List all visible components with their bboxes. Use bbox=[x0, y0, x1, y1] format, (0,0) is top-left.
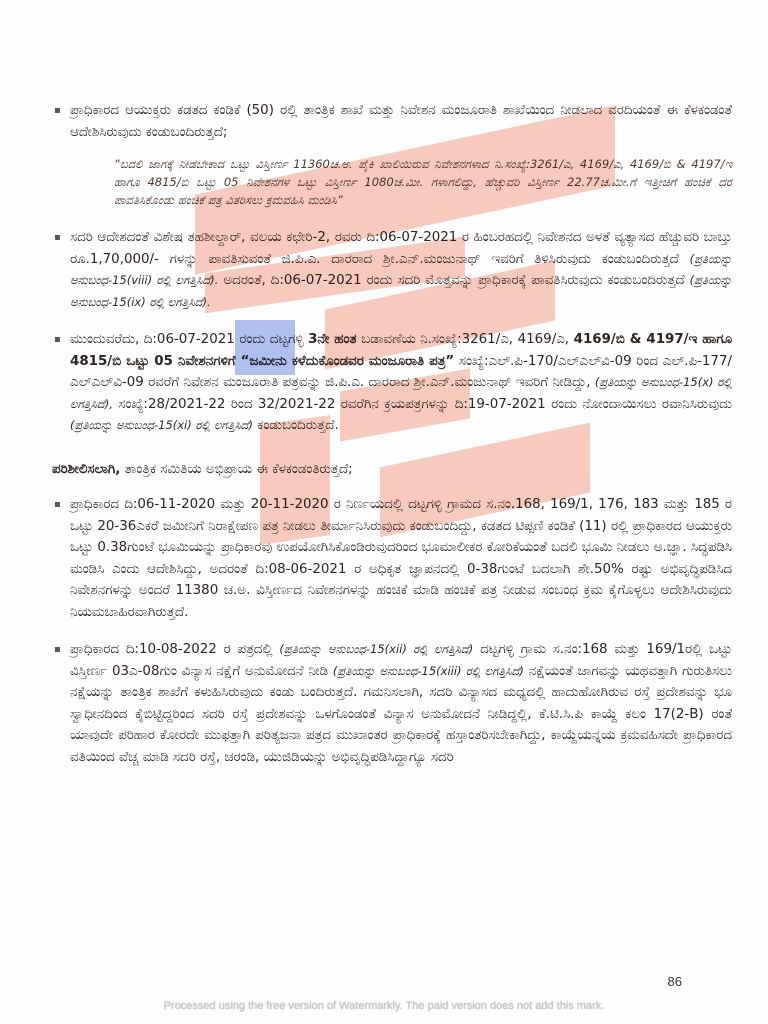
paragraph-text: ಕಂಡುಬಂದಿರುತ್ತದೆ. bbox=[253, 418, 339, 433]
paragraph-text: ಪ್ರಾಧಿಕಾರದ ದಿ:10-08-2022 ರ ಪತ್ರದಲ್ಲಿ bbox=[70, 642, 279, 657]
paragraph-text: ಅದರಂತೆ, ದಿ:06-07-2021 ರಂದು ಸದರಿ ಮೊತ್ತವನ್… bbox=[223, 273, 689, 288]
paragraph-authority-resolution: ಪ್ರಾಧಿಕಾರದ ದಿ:06-11-2020 ಮತ್ತು 20-11-202… bbox=[52, 494, 732, 623]
paragraph-text: ಪ್ರಾಧಿಕಾರದ ದಿ:06-11-2020 ಮತ್ತು 20-11-202… bbox=[70, 497, 732, 620]
document-body: ಪ್ರಾಧಿಕಾರದ ಆಯುಕ್ತರು ಕಡತದ ಕಂಡಿಕೆ (50) ರಲ್… bbox=[52, 100, 732, 784]
paragraph-tahsildar-order: ಸದರಿ ಆದೇಶದಂತೆ ವಿಶೇಷ ತಹಶೀಲ್ದಾರ್, ವಲಯ ಕಛೇರ… bbox=[52, 227, 732, 313]
bold-text: 3ನೇ ಹಂತ bbox=[308, 332, 356, 347]
paragraph-text: ಮುಂದುವರೆದು, ದಿ:06-07-2021 ರಂದು ದಟ್ಟಗಳ್ಳಿ bbox=[70, 332, 308, 347]
paragraph-text: ಪ್ರಾಧಿಕಾರದ ಆಯುಕ್ತರು ಕಡತದ ಕಂಡಿಕೆ (50) ರಲ್… bbox=[70, 103, 732, 140]
paragraph-allotment-letters: ಮುಂದುವರೆದು, ದಿ:06-07-2021 ರಂದು ದಟ್ಟಗಳ್ಳಿ… bbox=[52, 329, 732, 437]
heading-bold: ಪರಿಶೀಲಿಸಲಾಗಿ, bbox=[52, 462, 120, 477]
heading-text: ತಾಂತ್ರಿಕ ಸಮಿತಿಯ ಅಭಿಪ್ರಾಯ ಈ ಕೆಳಕಂಡಂತಿರುತ್… bbox=[120, 462, 352, 477]
quote-text: “ಬದಲಿ ಜಾಗಕ್ಕೆ ನೀಡಬೇಕಾದ ಒಟ್ಟು ವಿಸ್ತೀರ್ಣ 1… bbox=[114, 157, 732, 207]
paragraph-text: ಬಡಾವಣೆಯ ನಿ.ಸಂಖ್ಯೆ:3261/ಎ, 4169/ಎ, bbox=[357, 332, 574, 347]
annexure-reference: (ಪ್ರತಿಯನ್ನು ಅನುಬಂಧ-15(xii) ರಲ್ಲಿ ಲಗತ್ತಿಸ… bbox=[279, 642, 473, 656]
paragraph-layout-approval: ಪ್ರಾಧಿಕಾರದ ದಿ:10-08-2022 ರ ಪತ್ರದಲ್ಲಿ (ಪ್… bbox=[52, 639, 732, 768]
annexure-reference: (ಪ್ರತಿಯನ್ನು ಅನುಬಂಧ-15(xi) ರಲ್ಲಿ ಲಗತ್ತಿಸಿ… bbox=[70, 418, 253, 432]
paragraph-commissioner-order: ಪ್ರಾಧಿಕಾರದ ಆಯುಕ್ತರು ಕಡತದ ಕಂಡಿಕೆ (50) ರಲ್… bbox=[52, 100, 732, 143]
paragraph-text: ಸಂಖ್ಯೆ:28/2021-22 ರಿಂದ 32/2021-22 ರವರೆಗಿ… bbox=[113, 397, 732, 412]
paragraph-text: ಸದರಿ ಆದೇಶದಂತೆ ವಿಶೇಷ ತಹಶೀಲ್ದಾರ್, ವಲಯ ಕಛೇರ… bbox=[70, 230, 732, 267]
quoted-order: “ಬದಲಿ ಜಾಗಕ್ಕೆ ನೀಡಬೇಕಾದ ಒಟ್ಟು ವಿಸ್ತೀರ್ಣ 1… bbox=[114, 155, 732, 209]
watermark-notice: Processed using the free version of Wate… bbox=[0, 1000, 768, 1012]
annexure-reference: (ಪ್ರತಿಯನ್ನು ಅನುಬಂಧ-15(xiii) ರಲ್ಲಿ ಲಗತ್ತಿ… bbox=[333, 664, 524, 678]
page-number: 86 bbox=[668, 974, 682, 989]
document-page: ಪ್ರಾಧಿಕಾರದ ಆಯುಕ್ತರು ಕಡತದ ಕಂಡಿಕೆ (50) ರಲ್… bbox=[0, 0, 768, 1024]
section-heading: ಪರಿಶೀಲಿಸಲಾಗಿ, ತಾಂತ್ರಿಕ ಸಮಿತಿಯ ಅಭಿಪ್ರಾಯ ಈ… bbox=[52, 459, 732, 481]
